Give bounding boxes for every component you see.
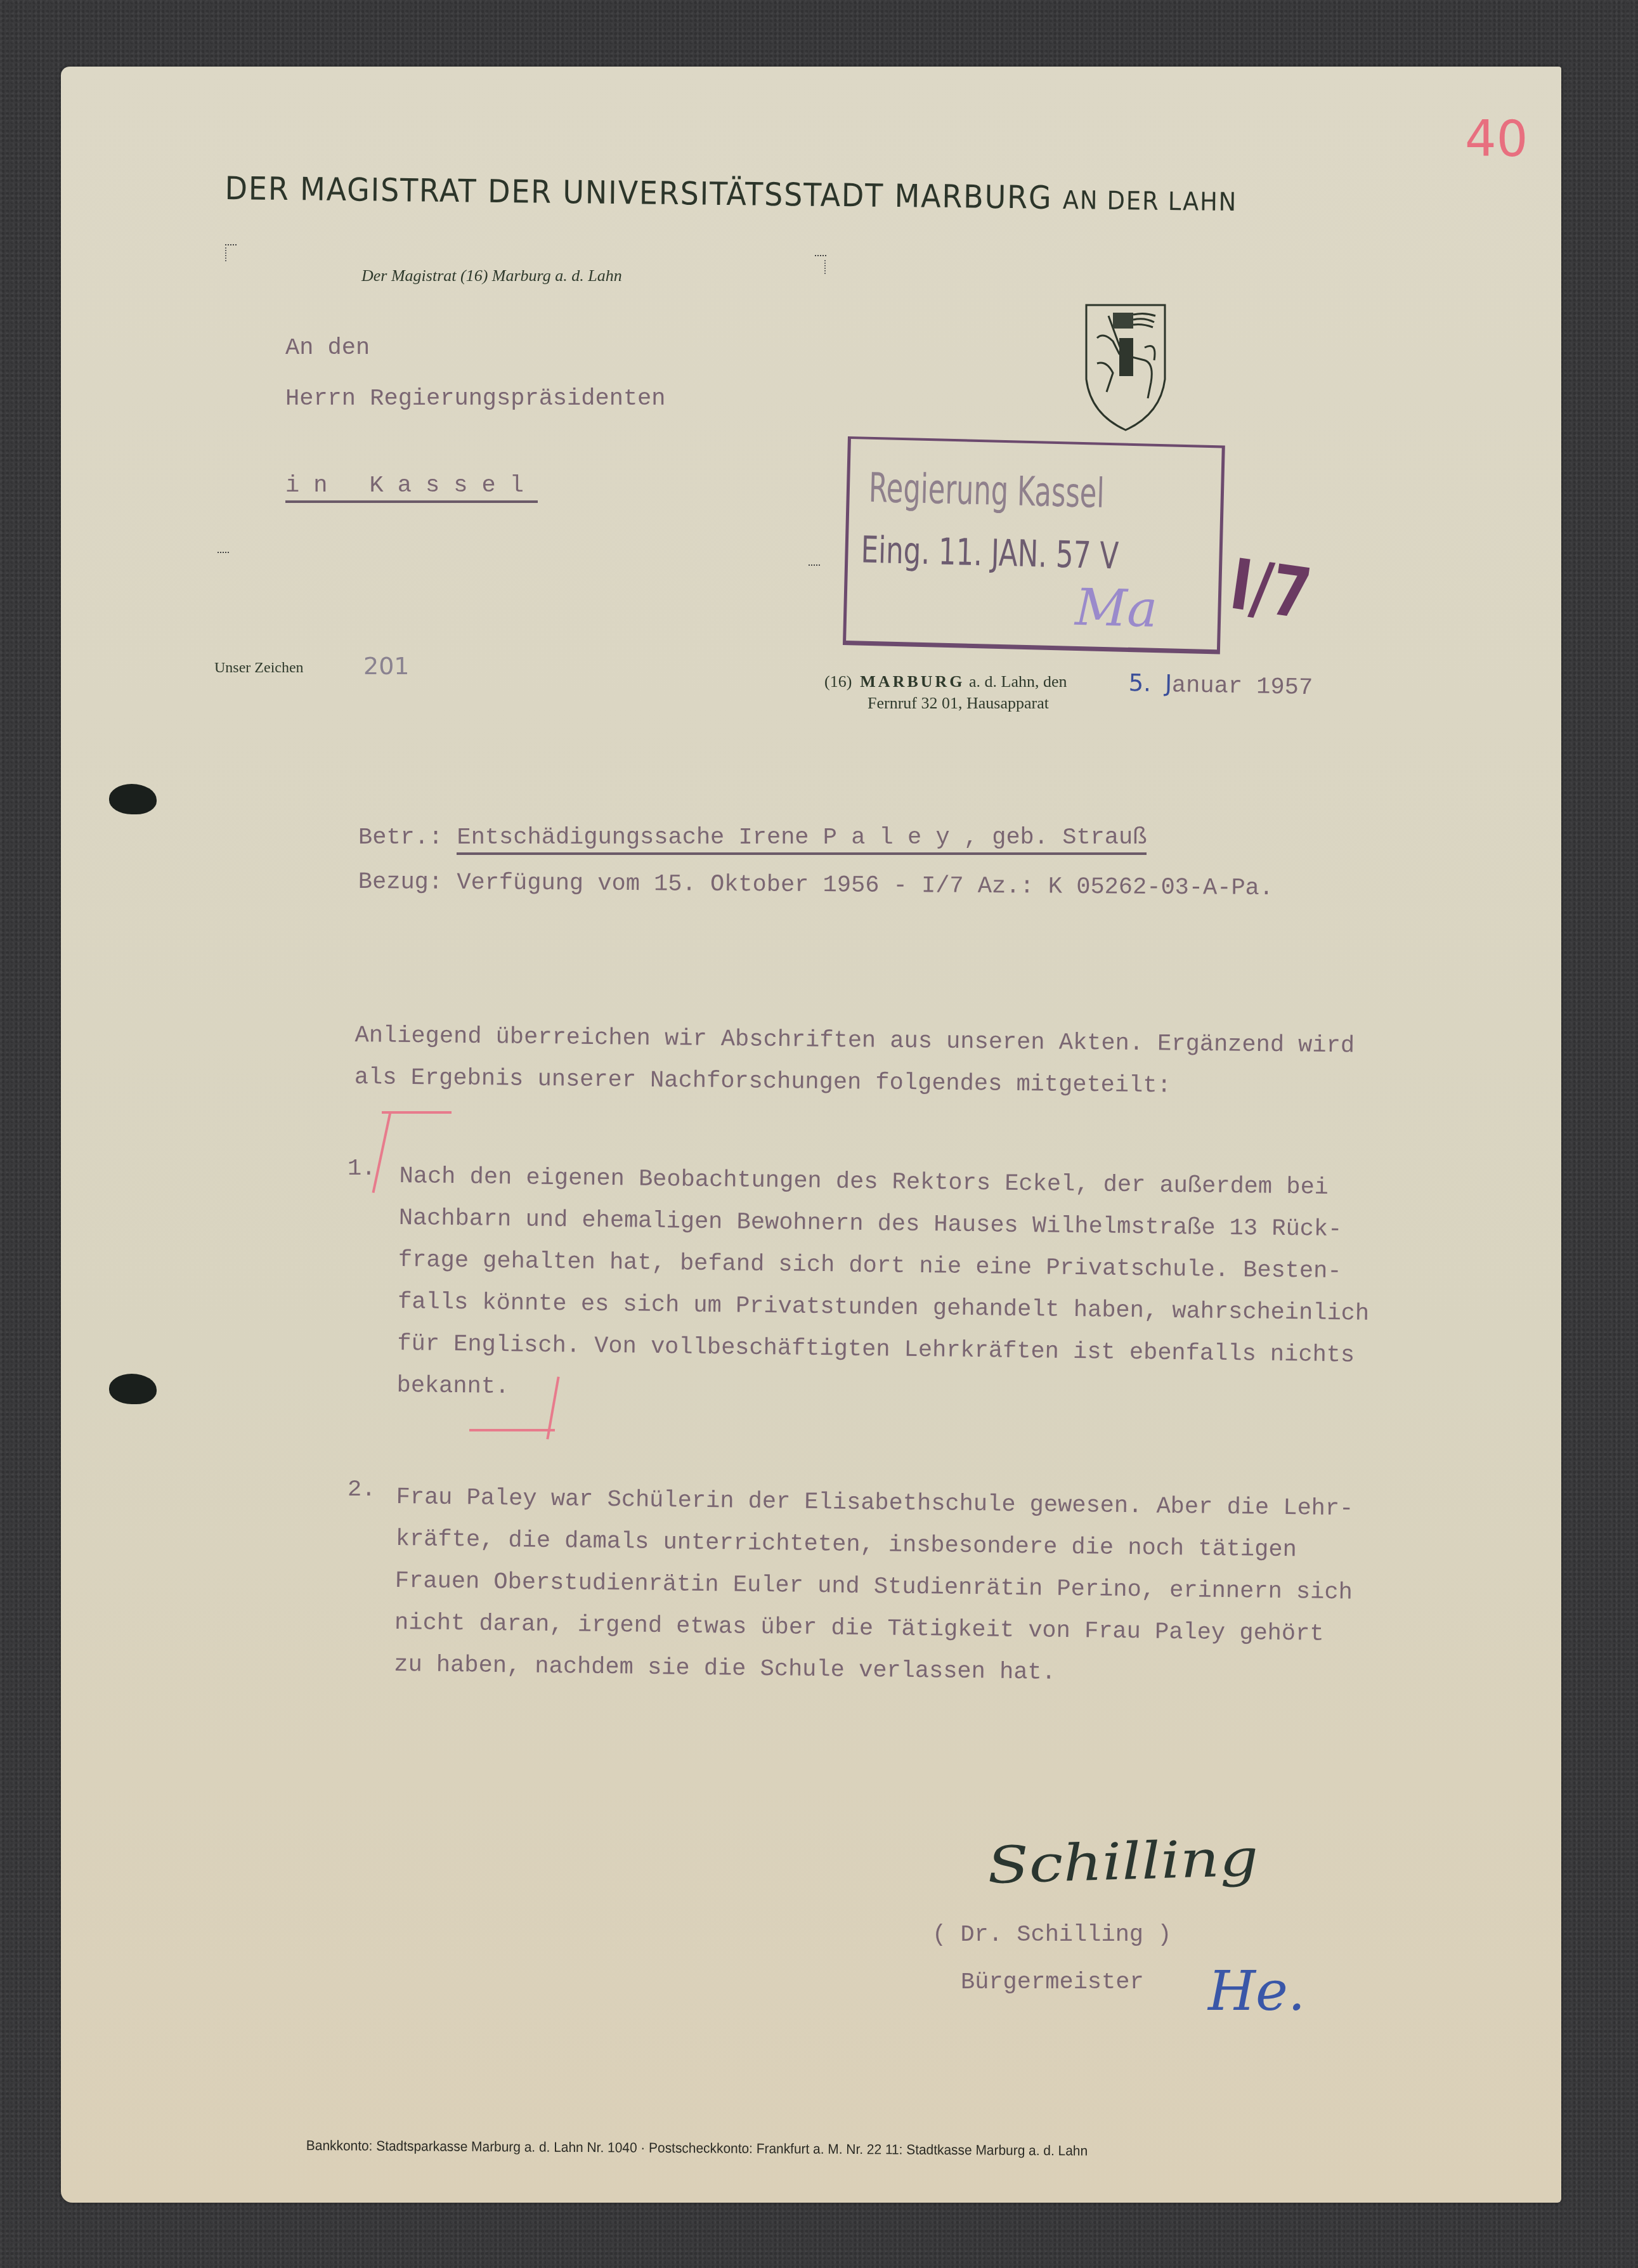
recipient-line-2: Herrn Regierungspräsidenten [285, 386, 666, 412]
red-pencil-bracket-top [382, 1111, 452, 1114]
letter-date: 5. Januar 1957 [1128, 669, 1313, 701]
window-mark [225, 247, 228, 261]
item-1-text: Nach den eigenen Beobachtungen des Rekto… [396, 1156, 1371, 1419]
red-pencil-bracket-bottom [469, 1429, 555, 1431]
letterhead-suffix: AN DER LAHN [1063, 186, 1238, 217]
section-mark: I/7 [1225, 544, 1316, 635]
stamp-initials: Ma [1074, 578, 1158, 639]
relation-text: Verfügung vom 15. Oktober 1956 - I/7 Az.… [457, 870, 1273, 902]
signatory-title: Bürgermeister [961, 1969, 1144, 1996]
reference-label: Unser Zeichen [214, 660, 304, 677]
subject-text: Entschädigungssache Irene P a l e y , ge… [457, 824, 1147, 855]
date-day: 5. [1128, 669, 1151, 697]
subject-line: Betr.: Entschädigungssache Irene P a l e… [358, 824, 1147, 851]
window-mark [815, 255, 826, 257]
item-1-number: 1. [348, 1156, 375, 1182]
punch-hole-top [109, 784, 157, 814]
phone: Fernruf 32 01, Hausapparat [824, 693, 1067, 714]
reference-value: 201 [363, 652, 410, 680]
item-2-number: 2. [348, 1476, 375, 1503]
recipient-city: in Kassel [285, 472, 538, 503]
folio-number: 40 [1465, 111, 1528, 168]
coat-of-arms-icon [1084, 303, 1167, 433]
window-mark [225, 244, 237, 247]
city-suffix: a. d. Lahn, den [969, 672, 1067, 691]
handwritten-signature: Schilling [986, 1828, 1259, 1895]
received-stamp: Regierung Kassel Eing. 11. JAN. 57 V Ma [843, 436, 1225, 654]
signatory-name: ( Dr. Schilling ) [932, 1922, 1171, 1948]
stamp-received-date: Eing. 11. JAN. 57 V [861, 528, 1119, 578]
date-rest: anuar 1957 [1172, 672, 1313, 701]
relation-label: Bezug: [358, 869, 443, 896]
punch-hole-bottom [109, 1374, 157, 1404]
window-mark [824, 260, 827, 274]
subject-label: Betr.: [358, 824, 443, 851]
sender-return-address: Der Magistrat (16) Marburg a. d. Lahn [361, 266, 622, 285]
item-2-text: Frau Paley war Schülerin der Elisabethsc… [394, 1476, 1354, 1697]
stamp-authority: Regierung Kassel [868, 465, 1105, 518]
recipient-line-1: An den [285, 335, 370, 362]
window-mark [809, 564, 820, 567]
window-mark [218, 552, 229, 554]
handwritten-initials: He. [1208, 1960, 1305, 2023]
postal-code: (16) [824, 672, 852, 691]
city: MARBURG [860, 672, 965, 691]
intro-paragraph: Anliegend überreichen wir Abschriften au… [354, 1015, 1355, 1109]
place-block: (16) MARBURG a. d. Lahn, den Fernruf 32 … [824, 671, 1067, 714]
